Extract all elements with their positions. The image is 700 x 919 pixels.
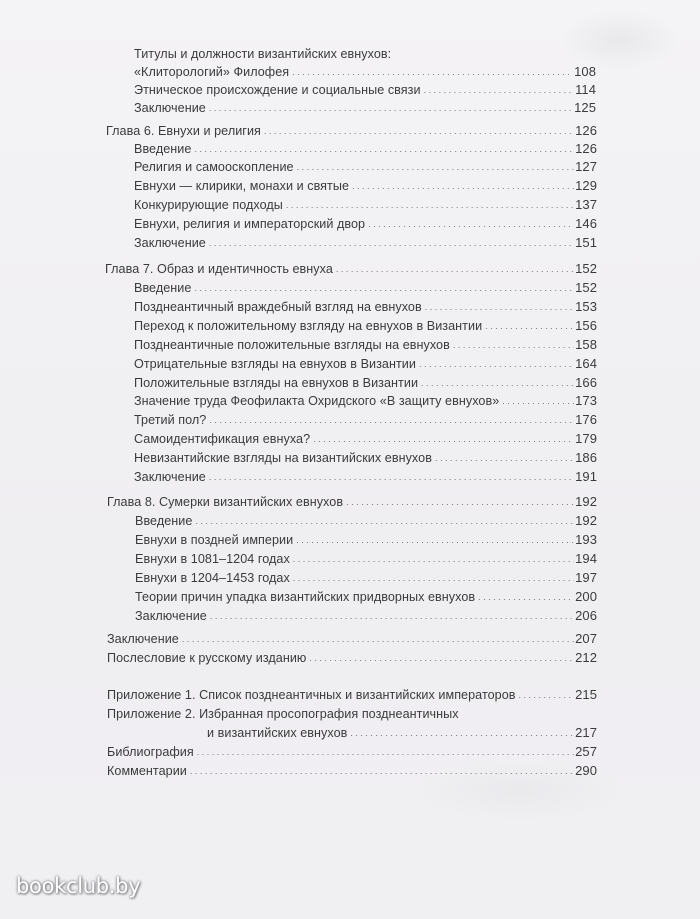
toc-entry-page: 127 [575,158,597,176]
toc-entry-title: Позднеантичные положительные взгляды на … [134,336,452,354]
toc-comments[interactable]: Комментарии 290 [107,762,597,781]
leader-dots [264,122,574,140]
leader-dots [435,449,574,467]
toc-entry-title: «Клиторологий» Филофея [134,63,291,81]
toc-entry-title: Титулы и должности византийских евнухов: [134,45,393,63]
toc-entry-title: Евнухи в 1081–1204 годах [135,550,292,568]
toc-entry[interactable]: Заключение 125 [134,99,596,118]
toc-entry-title: Введение [134,279,193,297]
leader-dots [478,588,574,606]
toc-entry-title: Глава 6. Евнухи и религия [106,122,263,140]
leader-dots [190,762,574,780]
toc-entry-title: Теории причин упадка византийских придво… [135,588,477,606]
toc-entry-page: 217 [575,724,597,742]
leader-dots [292,63,573,81]
toc-entry[interactable]: Заключение 151 [134,234,597,253]
toc-entry-page: 192 [575,493,597,511]
leader-dots [293,550,574,568]
toc-entry-title: Отрицательные взгляды на евнухов в Визан… [134,355,418,373]
toc-appendix-2-continued[interactable]: и византийских евнухов 217 [207,724,597,743]
toc-entry-page: 108 [574,63,596,81]
leader-dots [286,196,574,214]
toc-entry-page: 257 [575,743,597,761]
toc-entry[interactable]: «Клиторологий» Филофея 108 [134,63,596,82]
toc-entry[interactable]: Введение 126 [134,140,597,159]
toc-entry-page: 290 [575,762,597,780]
toc-entry-title: Конкурирующие подходы [134,196,285,214]
toc-entry-page: 200 [575,588,597,606]
toc-entry[interactable]: Религия и самооскопление 127 [134,158,597,177]
leader-dots [424,81,575,99]
toc-entry-title: Евнухи в поздней империи [135,531,295,549]
toc-entry-page: 129 [575,177,597,195]
leader-dots [419,355,574,373]
toc-entry-title: Заключение [134,234,208,252]
leader-dots [209,411,574,429]
toc-entry[interactable]: Переход к положительному взгляду на евну… [134,317,597,336]
toc-entry-page: 179 [575,430,597,448]
leader-dots [197,743,574,761]
toc-entry[interactable]: Евнухи в 1204–1453 годах 197 [135,569,597,588]
book-page: Титулы и должности византийских евнухов:… [0,0,700,919]
leader-dots [209,99,573,117]
leader-dots [453,336,574,354]
toc-entry-title: Значение труда Феофилакта Охридского «В … [134,392,501,410]
toc-entry-title: Невизантийские взгляды на византийских е… [134,449,434,467]
toc-entry-title: Заключение [107,630,181,648]
toc-entry-title: Комментарии [107,762,189,780]
toc-entry-page: 191 [575,468,597,486]
toc-entry-page: 194 [575,550,597,568]
toc-chapter-8[interactable]: Глава 8. Сумерки византийских евнухов 19… [107,493,597,512]
leader-dots [182,630,574,648]
toc-entry[interactable]: Позднеантичный враждебный взгляд на евну… [134,298,597,317]
leader-dots [210,607,574,625]
leader-dots [336,260,574,278]
toc-entry[interactable]: Титулы и должности византийских евнухов: [134,45,596,64]
leader-dots [502,392,574,410]
toc-entry-page: 125 [574,99,596,117]
leader-dots [350,724,574,742]
toc-bibliography[interactable]: Библиография 257 [107,743,597,762]
toc-entry[interactable]: Евнухи в поздней империи 193 [135,531,597,550]
toc-entry-title: Евнухи, религия и императорский двор [134,215,367,233]
toc-entry-page: 137 [575,196,597,214]
toc-entry-page: 207 [575,630,597,648]
toc-entry-page: 158 [575,336,597,354]
toc-entry-page: 153 [575,298,597,316]
toc-entry-page: 114 [575,81,596,99]
toc-entry[interactable]: Теории причин упадка византийских придво… [135,588,597,607]
toc-entry-page: 186 [575,449,597,467]
leader-dots [346,493,574,511]
toc-entry[interactable]: Положительные взгляды на евнухов в Визан… [134,374,597,393]
toc-appendix-2[interactable]: Приложение 2. Избранная просопография по… [107,705,597,724]
toc-entry-title: Евнухи в 1204–1453 годах [135,569,292,587]
toc-entry-page: 192 [575,512,597,530]
toc-entry-page: 176 [575,411,597,429]
toc-entry-title: Заключение [134,468,208,486]
toc-entry-page: 215 [575,686,597,704]
toc-chapter-6[interactable]: Глава 6. Евнухи и религия 126 [106,122,597,141]
toc-entry-title: Третий пол? [134,411,208,429]
leader-dots [209,468,574,486]
leader-dots [194,279,574,297]
toc-conclusion[interactable]: Заключение 207 [107,630,597,649]
leader-dots [519,686,575,704]
toc-entry-title: Переход к положительному взгляду на евну… [134,317,484,335]
toc-entry-title: Послесловие к русскому изданию [107,649,308,667]
toc-chapter-7[interactable]: Глава 7. Образ и идентичность евнуха 152 [105,260,597,279]
toc-entry-page: 206 [575,607,597,625]
toc-entry-page: 164 [575,355,597,373]
toc-entry[interactable]: Евнухи, религия и императорский двор 146 [134,215,597,234]
toc-entry[interactable]: Евнухи — клирики, монахи и святые 129 [134,177,597,196]
toc-entry-page: 146 [575,215,597,233]
toc-entry[interactable]: Самоидентификация евнуха? 179 [134,430,597,449]
watermark-logo: bookclub.by [16,874,140,898]
toc-entry-title: Самоидентификация евнуха? [134,430,312,448]
toc-entry[interactable]: Третий пол? 176 [134,411,597,430]
toc-entry-page: 152 [575,279,597,297]
leader-dots [485,317,574,335]
toc-appendix-1[interactable]: Приложение 1. Список позднеантичных и ви… [107,686,597,705]
toc-entry-title: Заключение [134,99,208,117]
toc-entry-title: Библиография [107,743,196,761]
toc-entry-title: Религия и самооскопление [134,158,296,176]
toc-entry-title: Введение [134,140,193,158]
toc-entry-page: 193 [575,531,597,549]
leader-dots [425,298,574,316]
leader-dots [368,215,574,233]
toc-entry-title: Позднеантичный враждебный взгляд на евну… [134,298,424,316]
toc-entry-title: Заключение [135,607,209,625]
toc-entry[interactable]: Евнухи в 1081–1204 годах 194 [135,550,597,569]
toc-entry[interactable]: Конкурирующие подходы 137 [134,196,597,215]
toc-entry-page: 151 [575,234,597,252]
toc-entry-page: 212 [575,649,597,667]
toc-entry-page: 126 [575,140,597,158]
toc-entry-title: Приложение 2. Избранная просопография по… [107,705,461,723]
toc-entry-title: Введение [135,512,194,530]
toc-entry-page: 156 [575,317,597,335]
toc-entry[interactable]: Заключение 191 [134,468,597,487]
toc-entry-page: 166 [575,374,597,392]
toc-entry-page: 152 [575,260,597,278]
leader-dots [195,512,574,530]
leader-dots [194,140,574,158]
leader-dots [209,234,574,252]
toc-entry[interactable]: Введение 192 [135,512,597,531]
toc-entry[interactable]: Заключение 206 [135,607,597,626]
leader-dots [309,649,574,667]
toc-entry-title: Евнухи — клирики, монахи и святые [134,177,351,195]
toc-entry[interactable]: Невизантийские взгляды на византийских е… [134,449,597,468]
leader-dots [296,531,574,549]
toc-entry-title: Этническое происхождение и социальные св… [134,81,423,99]
toc-entry-title: Глава 8. Сумерки византийских евнухов [107,493,345,511]
toc-entry-page: 126 [575,122,597,140]
leader-dots [313,430,574,448]
toc-entry-title: Глава 7. Образ и идентичность евнуха [105,260,335,278]
toc-entry-title: Положительные взгляды на евнухов в Визан… [134,374,420,392]
toc-entry[interactable]: Значение труда Феофилакта Охридского «В … [134,392,597,411]
toc-entry-title: Приложение 1. Список позднеантичных и ви… [107,686,518,704]
toc-entry-page: 173 [575,392,597,410]
leader-dots [297,158,575,176]
leader-dots [293,569,574,587]
leader-dots [421,374,574,392]
toc-entry[interactable]: Этническое происхождение и социальные св… [134,81,596,100]
toc-entry-page: 197 [575,569,597,587]
leader-dots [352,177,574,195]
toc-entry[interactable]: Введение 152 [134,279,597,298]
toc-afterword[interactable]: Послесловие к русскому изданию 212 [107,649,597,668]
toc-entry[interactable]: Отрицательные взгляды на евнухов в Визан… [134,355,597,374]
toc-entry-title: и византийских евнухов [207,724,349,742]
toc-entry[interactable]: Позднеантичные положительные взгляды на … [134,336,597,355]
